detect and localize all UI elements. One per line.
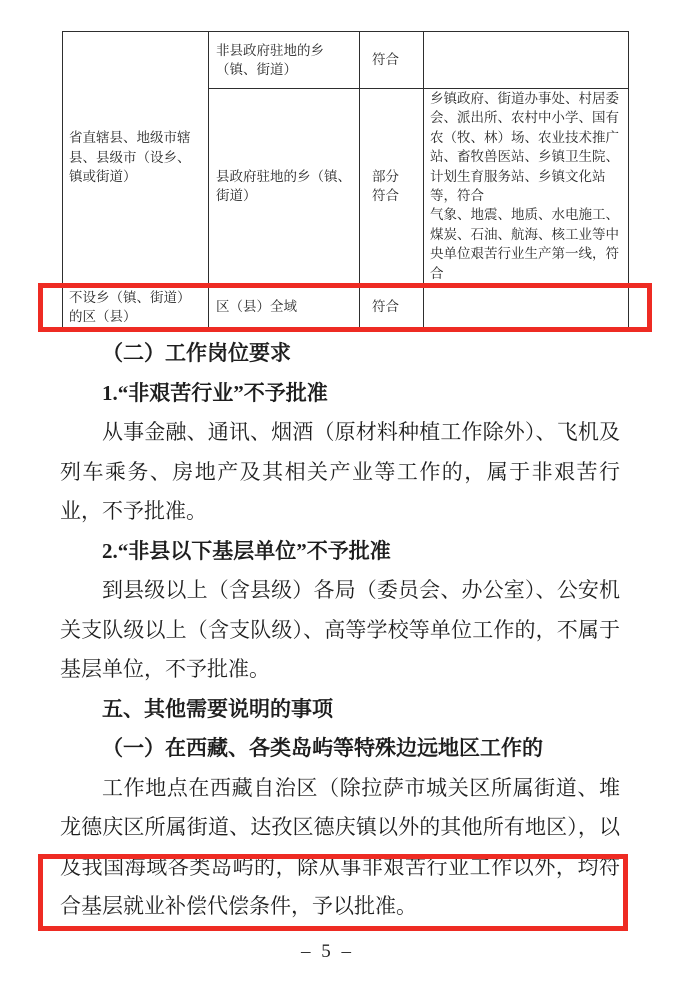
cell-units-r3-empty <box>424 284 629 331</box>
heading-section-2: （二）工作岗位要求 <box>60 334 620 374</box>
units-paragraph-2: 气象、地震、地质、水电施工、煤炭、石油、航海、核工业等中央单位艰苦行业生产第一线… <box>430 205 622 283</box>
region-text: 不设乡（镇、街道）的区（县） <box>69 288 202 327</box>
table-row: 省直辖县、地级市辖县、县级市（设乡、镇或街道） 非县政府驻地的乡（镇、街道） 符… <box>63 32 629 89</box>
cell-status-r1: 符合 <box>360 32 424 89</box>
heading-item-5-1: （一）在西藏、各类岛屿等特殊边远地区工作的 <box>60 729 620 769</box>
heading-section-5: 五、其他需要说明的事项 <box>60 690 620 730</box>
cell-scope-county-seat: 县政府驻地的乡（镇、街道） <box>209 89 360 284</box>
heading-item-2: 2.“非县以下基层单位”不予批准 <box>60 532 620 572</box>
document-body: （二）工作岗位要求 1.“非艰苦行业”不予批准 从事金融、通讯、烟酒（原材料种植… <box>60 334 620 927</box>
cell-region-group: 省直辖县、地级市辖县、县级市（设乡、镇或街道） <box>63 32 209 284</box>
status-text: 符合 <box>372 50 411 69</box>
paragraph-non-grassroots-unit: 到县级以上（含县级）各局（委员会、办公室）、公安机关支队级以上（含支队级）、高等… <box>60 571 620 690</box>
cell-units-r1-empty <box>424 32 629 89</box>
page-number: – 5 – <box>0 941 655 963</box>
status-text: 部分符合 <box>372 167 411 206</box>
status-text: 符合 <box>372 297 411 316</box>
document-page: 省直辖县、地级市辖县、县级市（设乡、镇或街道） 非县政府驻地的乡（镇、街道） 符… <box>0 0 681 1004</box>
scope-text: 非县政府驻地的乡（镇、街道） <box>216 41 352 80</box>
cell-units-r2: 乡镇政府、街道办事处、村居委会、派出所、农村中小学、国有农（牧、林）场、农业技术… <box>424 89 629 284</box>
cell-status-r2: 部分符合 <box>360 89 424 284</box>
scope-text: 区（县）全域 <box>216 297 352 316</box>
units-paragraph-1: 乡镇政府、街道办事处、村居委会、派出所、农村中小学、国有农（牧、林）场、农业技术… <box>430 89 622 205</box>
cell-status-r3: 符合 <box>360 284 424 331</box>
heading-item-1: 1.“非艰苦行业”不予批准 <box>60 374 620 414</box>
cell-region-no-township: 不设乡（镇、街道）的区（县） <box>63 284 209 331</box>
table-row-highlighted: 不设乡（镇、街道）的区（县） 区（县）全域 符合 <box>63 284 629 331</box>
cell-scope-non-county-seat: 非县政府驻地的乡（镇、街道） <box>209 32 360 89</box>
scope-text: 县政府驻地的乡（镇、街道） <box>216 167 352 206</box>
region-group-text: 省直辖县、地级市辖县、县级市（设乡、镇或街道） <box>69 128 202 186</box>
paragraph-non-hardship-industry: 从事金融、通讯、烟酒（原材料种植工作除外）、飞机及列车乘务、房地产及其相关产业等… <box>60 413 620 532</box>
hardship-area-table: 省直辖县、地级市辖县、县级市（设乡、镇或街道） 非县政府驻地的乡（镇、街道） 符… <box>62 31 629 331</box>
cell-scope-whole-district: 区（县）全域 <box>209 284 360 331</box>
paragraph-tibet-islands: 工作地点在西藏自治区（除拉萨市城关区所属街道、堆龙德庆区所属街道、达孜区德庆镇以… <box>60 769 620 927</box>
